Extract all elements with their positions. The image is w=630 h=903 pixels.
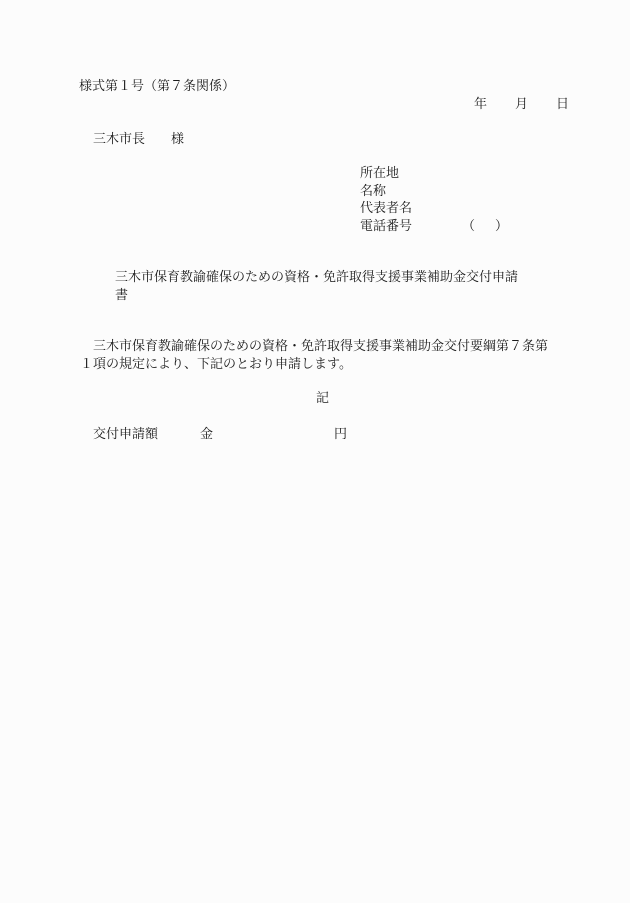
title-line-2: 書 bbox=[115, 287, 545, 305]
field-representative-label: 代表者名 bbox=[360, 200, 508, 218]
form-number: 様式第１号（第７条関係） bbox=[79, 78, 235, 95]
month-label: 月 bbox=[515, 96, 528, 113]
body-paragraph: 三木市保育教諭確保のための資格・免許取得支援事業補助金交付要綱第７条第 １項の規… bbox=[80, 338, 580, 374]
amount-unit: 円 bbox=[334, 427, 347, 442]
field-phone-row: 電話番号（） bbox=[360, 218, 508, 236]
addressee-honorific: 様 bbox=[171, 132, 184, 147]
phone-area-code-parens: （） bbox=[462, 218, 508, 236]
paren-close: ） bbox=[495, 219, 508, 234]
applicant-block: 所在地 名称 代表者名 電話番号（） bbox=[360, 165, 508, 235]
year-label: 年 bbox=[474, 96, 487, 113]
amount-prefix: 金 bbox=[200, 426, 334, 443]
amount-label: 交付申請額 bbox=[93, 426, 200, 443]
day-label: 日 bbox=[556, 96, 569, 113]
title-line-1: 三木市保育教諭確保のための資格・免許取得支援事業補助金交付申請 bbox=[115, 269, 545, 287]
note-heading: 記 bbox=[316, 390, 329, 407]
amount-row: 交付申請額金円 bbox=[93, 426, 347, 443]
body-line-2: １項の規定により、下記のとおり申請します。 bbox=[80, 356, 580, 374]
addressee-name: 三木市長 bbox=[93, 132, 145, 147]
body-line-1: 三木市保育教諭確保のための資格・免許取得支援事業補助金交付要綱第７条第 bbox=[80, 338, 580, 356]
date-line: 年月日 bbox=[474, 96, 569, 113]
field-address-label: 所在地 bbox=[360, 165, 508, 183]
field-phone-label: 電話番号 bbox=[360, 219, 412, 234]
addressee: 三木市長様 bbox=[93, 131, 184, 148]
document-title: 三木市保育教諭確保のための資格・免許取得支援事業補助金交付申請 書 bbox=[115, 269, 545, 305]
paren-open: （ bbox=[462, 219, 475, 234]
field-name-label: 名称 bbox=[360, 183, 508, 201]
